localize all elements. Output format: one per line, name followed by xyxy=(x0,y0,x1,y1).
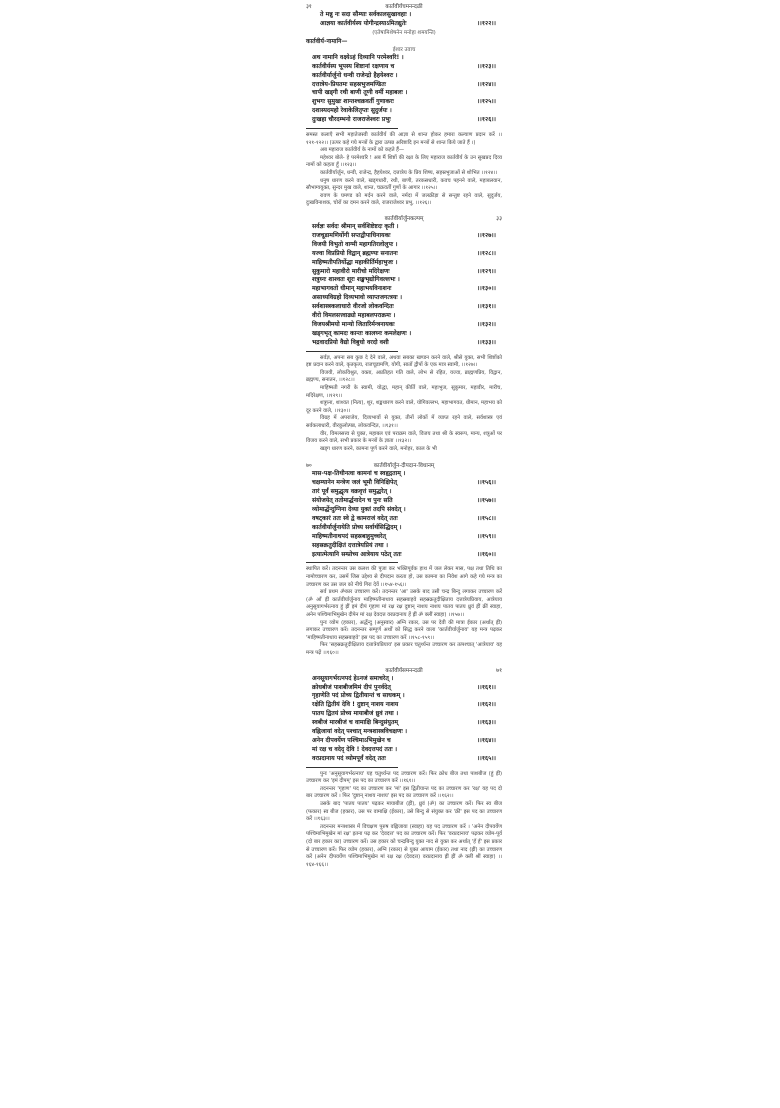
running-title: कार्तवीर्यार्जुन-दीपदान-विधानम् xyxy=(326,461,482,469)
verse-block: ते मन्नु नः सदा सौम्याः सर्वकालसुखावहाः … xyxy=(306,11,502,29)
page-33: कार्तवीर्यार्जुनकल्पम् ३३ सर्वज्ञः सर्वद… xyxy=(306,214,502,453)
page-31: ३१ कार्तवीर्यचमनन्दळी ते मन्नु नः सदा सौ… xyxy=(306,2,502,208)
page-number: ३१ xyxy=(306,2,326,10)
running-title: कार्तवीर्यसमनन्दळी xyxy=(326,666,482,674)
verse-block: अनसूयागर्भरत्नपदं हेऽनजं समाचरेत् । क्रो… xyxy=(306,675,502,764)
page-header: ३१ कार्तवीर्यचमनन्दळी xyxy=(306,2,502,11)
verse-number: ।।१२२।। xyxy=(477,20,496,29)
divider xyxy=(306,351,398,352)
page-71: कार्तवीर्यसमनन्दळी ७१ अनसूयागर्भरत्नपदं … xyxy=(306,666,502,870)
page-70: ७० कार्तवीर्यार्जुन-दीपदान-विधानम् मास-प… xyxy=(306,461,502,657)
running-title: कार्तवीर्यचमनन्दळी xyxy=(326,2,482,10)
verse-line: आज्ञया कार्तवीर्यस्य योगीन्द्रस्याऽमितद्… xyxy=(320,20,406,29)
verse-block: सर्वज्ञः सर्वदः श्रीमान् सर्वशिष्टेष्टदः… xyxy=(306,223,502,348)
commentary: सर्वज्ञ, अपना सब कुछ दे देने वाले, अथवा … xyxy=(306,355,502,454)
running-title: कार्तवीर्यार्जुनकल्पम् xyxy=(326,214,482,222)
commentary: समस्त कलाएँ सभी महातेजस्वी कार्तवीर्य की… xyxy=(306,132,502,208)
divider xyxy=(306,562,398,563)
section-label: कार्तवीर्य-नामानि— xyxy=(306,37,502,46)
speaker-label: ईश्वर उवाच xyxy=(306,46,502,54)
commentary: पुनः 'अनुसूयागर्भरत्नाय' यह चतुर्थ्यन्त … xyxy=(306,771,502,870)
page-header: कार्तवीर्यार्जुनकल्पम् ३३ xyxy=(306,214,502,223)
page-number: ३३ xyxy=(482,214,502,222)
page-number: ७० xyxy=(306,461,326,469)
verse-block: मास-पक्ष-तिथीनत्वा कामनां च स्वहृद्गताम्… xyxy=(306,470,502,559)
divider xyxy=(306,767,398,768)
document-column: ३१ कार्तवीर्यचमनन्दळी ते मन्नु नः सदा सौ… xyxy=(306,0,502,869)
divider xyxy=(306,128,398,129)
verse-line: ते मन्नु नः सदा सौम्याः सर्वकालसुखावहाः … xyxy=(320,11,411,20)
commentary: स्थापित करें। तदनन्तर उस कलश की पूजा कर … xyxy=(306,566,502,657)
note: (एतेषामिशेषनेन मनोहा शमयन्ति) xyxy=(306,29,502,37)
page-number: ७१ xyxy=(482,666,502,674)
page-header: कार्तवीर्यसमनन्दळी ७१ xyxy=(306,666,502,675)
verse-block: अथ नामानि वक्ष्येऽहं दिव्यानि परमेश्वरि!… xyxy=(306,54,502,125)
